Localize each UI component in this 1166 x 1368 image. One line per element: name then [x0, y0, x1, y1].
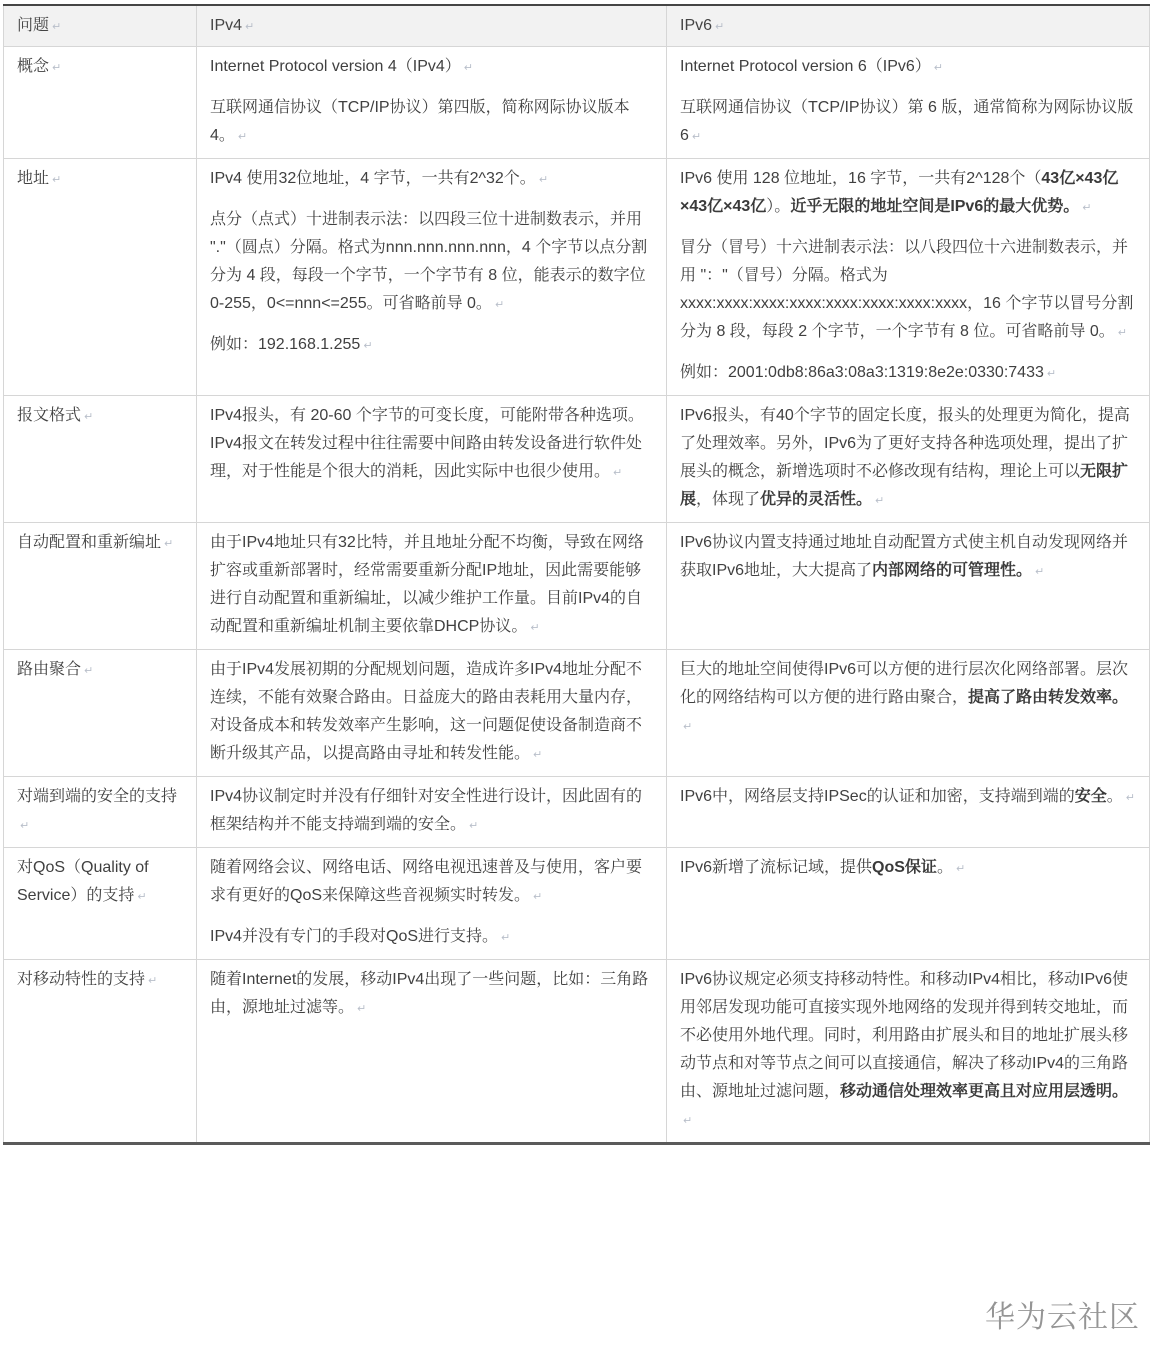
- ipv6-cell: IPv6协议规定必须支持移动特性。和移动IPv4相比，移动IPv6使用邻居发现功…: [667, 960, 1150, 1144]
- ipv4-cell: IPv4协议制定时并没有仔细针对安全性进行设计，因此固有的框架结构并不能支持端到…: [197, 777, 667, 848]
- paragraph: IPv6中，网络层支持IPSec的认证和加密，支持端到端的安全。: [680, 783, 1136, 811]
- paragraph: IPv4 使用32位地址，4 字节，一共有2^32个。: [210, 165, 653, 193]
- row-label: 地址: [4, 159, 197, 396]
- paragraph: 例如：192.168.1.255: [210, 331, 653, 359]
- paragraph: Internet Protocol version 4（IPv4）: [210, 53, 653, 81]
- ipv4-ipv6-comparison-table: 问题IPv4IPv6 概念Internet Protocol version 4…: [3, 4, 1150, 1145]
- column-header-question: 问题: [4, 5, 197, 47]
- table-body: 概念Internet Protocol version 4（IPv4）互联网通信…: [4, 47, 1150, 1144]
- paragraph: 由于IPv4地址只有32比特，并且地址分配不均衡，导致在网络扩容或重新部署时，经…: [210, 529, 653, 641]
- row-label: 路由聚合: [4, 650, 197, 777]
- table-row: 对端到端的安全的支持IPv4协议制定时并没有仔细针对安全性进行设计，因此固有的框…: [4, 777, 1150, 848]
- header-row: 问题IPv4IPv6: [4, 5, 1150, 47]
- row-label: 对端到端的安全的支持: [4, 777, 197, 848]
- paragraph: 巨大的地址空间使得IPv6可以方便的进行层次化网络部署。层次化的网络结构可以方便…: [680, 656, 1136, 740]
- ipv4-cell: 由于IPv4地址只有32比特，并且地址分配不均衡，导致在网络扩容或重新部署时，经…: [197, 523, 667, 650]
- page: 问题IPv4IPv6 概念Internet Protocol version 4…: [0, 0, 1166, 1368]
- paragraph: Internet Protocol version 6（IPv6）: [680, 53, 1136, 81]
- watermark: 华为云社区: [985, 1292, 1140, 1336]
- ipv4-cell: 随着Internet的发展，移动IPv4出现了一些问题，比如：三角路由，源地址过…: [197, 960, 667, 1144]
- paragraph: IPv6报头，有40个字节的固定长度，报头的处理更为简化，提高了处理效率。另外，…: [680, 402, 1136, 514]
- table-row: 地址IPv4 使用32位地址，4 字节，一共有2^32个。点分（点式）十进制表示…: [4, 159, 1150, 396]
- table-row: 对QoS（Quality of Service）的支持随着网络会议、网络电话、网…: [4, 848, 1150, 960]
- row-label: 报文格式: [4, 396, 197, 523]
- paragraph: IPv6新增了流标记域，提供QoS保证。: [680, 854, 1136, 882]
- row-label: 对QoS（Quality of Service）的支持: [4, 848, 197, 960]
- paragraph: 由于IPv4发展初期的分配规划问题，造成许多IPv4地址分配不连续，不能有效聚合…: [210, 656, 653, 768]
- table-row: 路由聚合由于IPv4发展初期的分配规划问题，造成许多IPv4地址分配不连续，不能…: [4, 650, 1150, 777]
- paragraph: IPv4报头，有 20-60 个字节的可变长度，可能附带各种选项。IPv4报文在…: [210, 402, 653, 486]
- ipv6-cell: Internet Protocol version 6（IPv6）互联网通信协议…: [667, 47, 1150, 159]
- table-header: 问题IPv4IPv6: [4, 5, 1150, 47]
- paragraph: 互联网通信协议（TCP/IP协议）第四版，简称网际协议版本 4。: [210, 94, 653, 150]
- ipv4-cell: 随着网络会议、网络电话、网络电视迅速普及与使用，客户要求有更好的QoS来保障这些…: [197, 848, 667, 960]
- table-row: 报文格式IPv4报头，有 20-60 个字节的可变长度，可能附带各种选项。IPv…: [4, 396, 1150, 523]
- ipv4-cell: IPv4报头，有 20-60 个字节的可变长度，可能附带各种选项。IPv4报文在…: [197, 396, 667, 523]
- ipv4-cell: Internet Protocol version 4（IPv4）互联网通信协议…: [197, 47, 667, 159]
- ipv4-cell: IPv4 使用32位地址，4 字节，一共有2^32个。点分（点式）十进制表示法：…: [197, 159, 667, 396]
- row-label: 对移动特性的支持: [4, 960, 197, 1144]
- column-header-ipv4: IPv4: [197, 5, 667, 47]
- paragraph: IPv6协议规定必须支持移动特性。和移动IPv4相比，移动IPv6使用邻居发现功…: [680, 966, 1136, 1134]
- paragraph: IPv4协议制定时并没有仔细针对安全性进行设计，因此固有的框架结构并不能支持端到…: [210, 783, 653, 839]
- table-row: 概念Internet Protocol version 4（IPv4）互联网通信…: [4, 47, 1150, 159]
- table-row: 对移动特性的支持随着Internet的发展，移动IPv4出现了一些问题，比如：三…: [4, 960, 1150, 1144]
- paragraph: 例如：2001:0db8:86a3:08a3:1319:8e2e:0330:74…: [680, 359, 1136, 387]
- ipv6-cell: IPv6 使用 128 位地址，16 字节，一共有2^128个（43亿×43亿×…: [667, 159, 1150, 396]
- ipv6-cell: IPv6报头，有40个字节的固定长度，报头的处理更为简化，提高了处理效率。另外，…: [667, 396, 1150, 523]
- ipv6-cell: IPv6中，网络层支持IPSec的认证和加密，支持端到端的安全。: [667, 777, 1150, 848]
- paragraph: 点分（点式）十进制表示法：以四段三位十进制数表示，并用 "."（圆点）分隔。格式…: [210, 206, 653, 318]
- table-row: 自动配置和重新编址由于IPv4地址只有32比特，并且地址分配不均衡，导致在网络扩…: [4, 523, 1150, 650]
- ipv6-cell: IPv6协议内置支持通过地址自动配置方式使主机自动发现网络并获取IPv6地址，大…: [667, 523, 1150, 650]
- paragraph: IPv4并没有专门的手段对QoS进行支持。: [210, 923, 653, 951]
- paragraph: IPv6协议内置支持通过地址自动配置方式使主机自动发现网络并获取IPv6地址，大…: [680, 529, 1136, 585]
- ipv4-cell: 由于IPv4发展初期的分配规划问题，造成许多IPv4地址分配不连续，不能有效聚合…: [197, 650, 667, 777]
- ipv6-cell: 巨大的地址空间使得IPv6可以方便的进行层次化网络部署。层次化的网络结构可以方便…: [667, 650, 1150, 777]
- row-label: 概念: [4, 47, 197, 159]
- paragraph: IPv6 使用 128 位地址，16 字节，一共有2^128个（43亿×43亿×…: [680, 165, 1136, 221]
- row-label: 自动配置和重新编址: [4, 523, 197, 650]
- paragraph: 随着Internet的发展，移动IPv4出现了一些问题，比如：三角路由，源地址过…: [210, 966, 653, 1022]
- column-header-ipv6: IPv6: [667, 5, 1150, 47]
- paragraph: 互联网通信协议（TCP/IP协议）第 6 版，通常简称为网际协议版 6: [680, 94, 1136, 150]
- paragraph: 冒分（冒号）十六进制表示法：以八段四位十六进制数表示，并用 "："（冒号）分隔。…: [680, 234, 1136, 346]
- paragraph: 随着网络会议、网络电话、网络电视迅速普及与使用，客户要求有更好的QoS来保障这些…: [210, 854, 653, 910]
- ipv6-cell: IPv6新增了流标记域，提供QoS保证。: [667, 848, 1150, 960]
